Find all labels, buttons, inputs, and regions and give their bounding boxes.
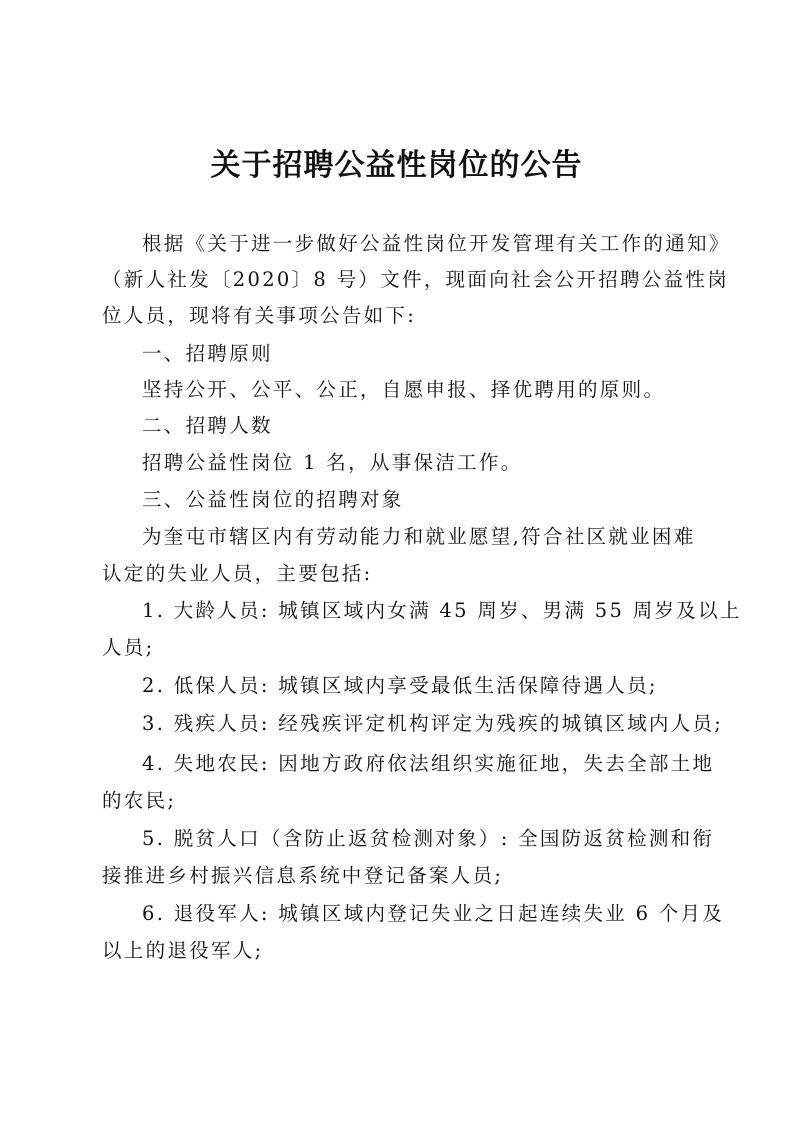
paragraph-target-line-2: 认定的失业人员，主要包括: (102, 560, 702, 588)
section-heading-count: 二、招聘人数 (142, 412, 742, 440)
list-item-3: 3. 残疾人员: 经残疾评定机构评定为残疾的城镇区域内人员; (142, 710, 742, 738)
list-item-6-line-2: 以上的退役军人; (102, 937, 702, 965)
list-item-6-line-1: 6. 退役军人: 城镇区域内登记失业之日起连续失业 6 个月及 (142, 900, 742, 928)
paragraph-intro-line-2: （新人社发〔2020〕8 号）文件，现面向社会公开招聘公益性岗 (102, 266, 702, 294)
paragraph-principle: 坚持公开、公平、公正，自愿申报、择优聘用的原则。 (142, 376, 742, 404)
document-page: 关于招聘公益性岗位的公告 根据《关于进一步做好公益性岗位开发管理有关工作的通知》… (0, 0, 793, 1122)
paragraph-intro-line-3: 位人员，现将有关事项公告如下: (102, 302, 702, 330)
list-item-5-line-2: 接推进乡村振兴信息系统中登记备案人员; (102, 862, 702, 890)
section-heading-target: 三、公益性岗位的招聘对象 (142, 486, 742, 514)
list-item-5-line-1: 5. 脱贫人口（含防止返贫检测对象）: 全国防返贫检测和衔 (142, 825, 742, 853)
list-item-2: 2. 低保人员: 城镇区域内享受最低生活保障待遇人员; (142, 672, 742, 700)
list-item-4-line-2: 的农民; (102, 787, 702, 815)
document-title: 关于招聘公益性岗位的公告 (0, 140, 793, 184)
section-heading-principle: 一、招聘原则 (142, 340, 742, 368)
list-item-4-line-1: 4. 失地农民: 因地方政府依法组织实施征地，失去全部土地 (142, 750, 742, 778)
paragraph-count: 招聘公益性岗位 1 名，从事保洁工作。 (142, 449, 742, 477)
paragraph-target-line-1: 为奎屯市辖区内有劳动能力和就业愿望,符合社区就业困难 (142, 523, 742, 551)
list-item-1-line-1: 1. 大龄人员: 城镇区域内女满 45 周岁、男满 55 周岁及以上 (142, 597, 742, 625)
list-item-1-line-2: 人员; (102, 634, 702, 662)
paragraph-intro-line-1: 根据《关于进一步做好公益性岗位开发管理有关工作的通知》 (142, 230, 742, 258)
